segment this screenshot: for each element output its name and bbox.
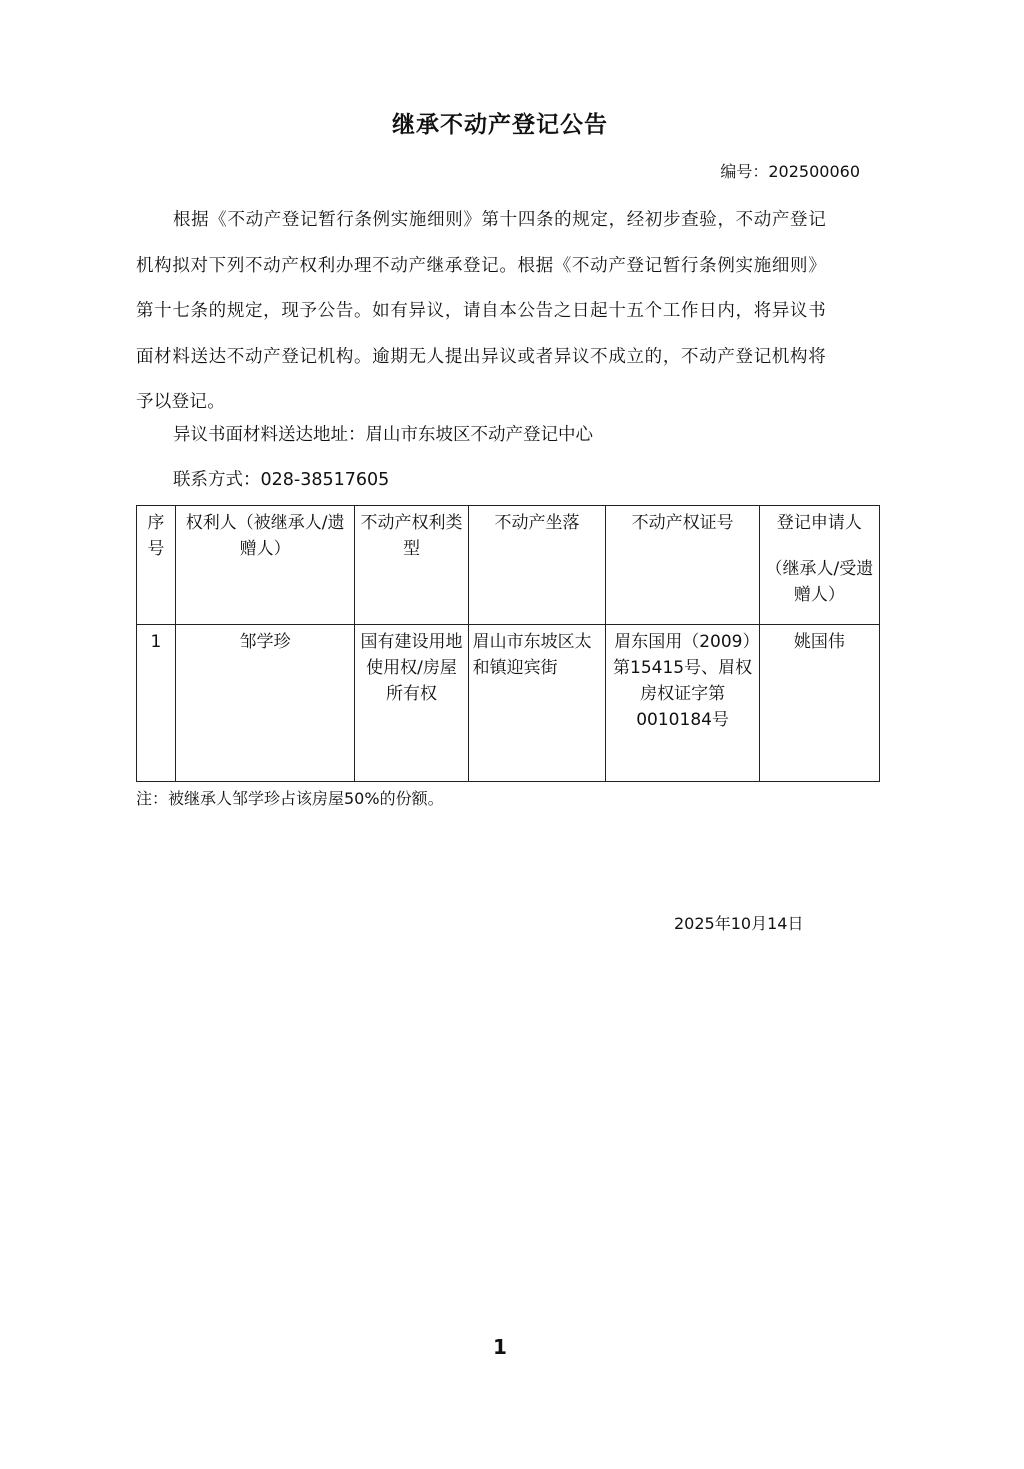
header-applicant: 登记申请人 （继承人/受遗赠人） bbox=[759, 506, 879, 625]
header-applicant-sub: （继承人/受遗赠人） bbox=[764, 556, 875, 608]
header-right-holder: 权利人（被继承人/遗赠人） bbox=[175, 506, 355, 625]
header-index: 序号 bbox=[137, 506, 176, 625]
header-right-type: 不动产权利类型 bbox=[355, 506, 468, 625]
cell-index: 1 bbox=[137, 625, 176, 782]
header-certificate: 不动产权证号 bbox=[606, 506, 759, 625]
page-number: 1 bbox=[493, 1335, 507, 1359]
objection-address: 异议书面材料送达地址：眉山市东坡区不动产登记中心 bbox=[173, 421, 593, 446]
table-header-row: 序号 权利人（被继承人/遗赠人） 不动产权利类型 不动产坐落 不动产权证号 登记… bbox=[137, 506, 880, 625]
cell-right-type: 国有建设用地使用权/房屋所有权 bbox=[355, 625, 468, 782]
contact-info: 联系方式：028-38517605 bbox=[173, 466, 389, 491]
header-applicant-label: 登记申请人 bbox=[777, 513, 862, 533]
announcement-body: 根据《不动产登记暂行条例实施细则》第十四条的规定，经初步查验，不动产登记机构拟对… bbox=[136, 198, 826, 426]
table-row: 1 邹学珍 国有建设用地使用权/房屋所有权 眉山市东坡区太和镇迎宾街 眉东国用（… bbox=[137, 625, 880, 782]
cell-certificate: 眉东国用（2009）第15415号、眉权房权证字第0010184号 bbox=[606, 625, 759, 782]
cell-location: 眉山市东坡区太和镇迎宾街 bbox=[468, 625, 606, 782]
cell-applicant: 姚国伟 bbox=[759, 625, 879, 782]
header-location: 不动产坐落 bbox=[468, 506, 606, 625]
registration-table: 序号 权利人（被继承人/遗赠人） 不动产权利类型 不动产坐落 不动产权证号 登记… bbox=[136, 505, 880, 782]
cell-right-holder: 邹学珍 bbox=[175, 625, 355, 782]
announcement-date: 2025年10月14日 bbox=[674, 911, 803, 934]
table-note: 注：被继承人邹学珍占该房屋50%的份额。 bbox=[136, 786, 444, 809]
document-title: 继承不动产登记公告 bbox=[0, 106, 1000, 139]
document-number: 编号：202500060 bbox=[720, 159, 860, 182]
